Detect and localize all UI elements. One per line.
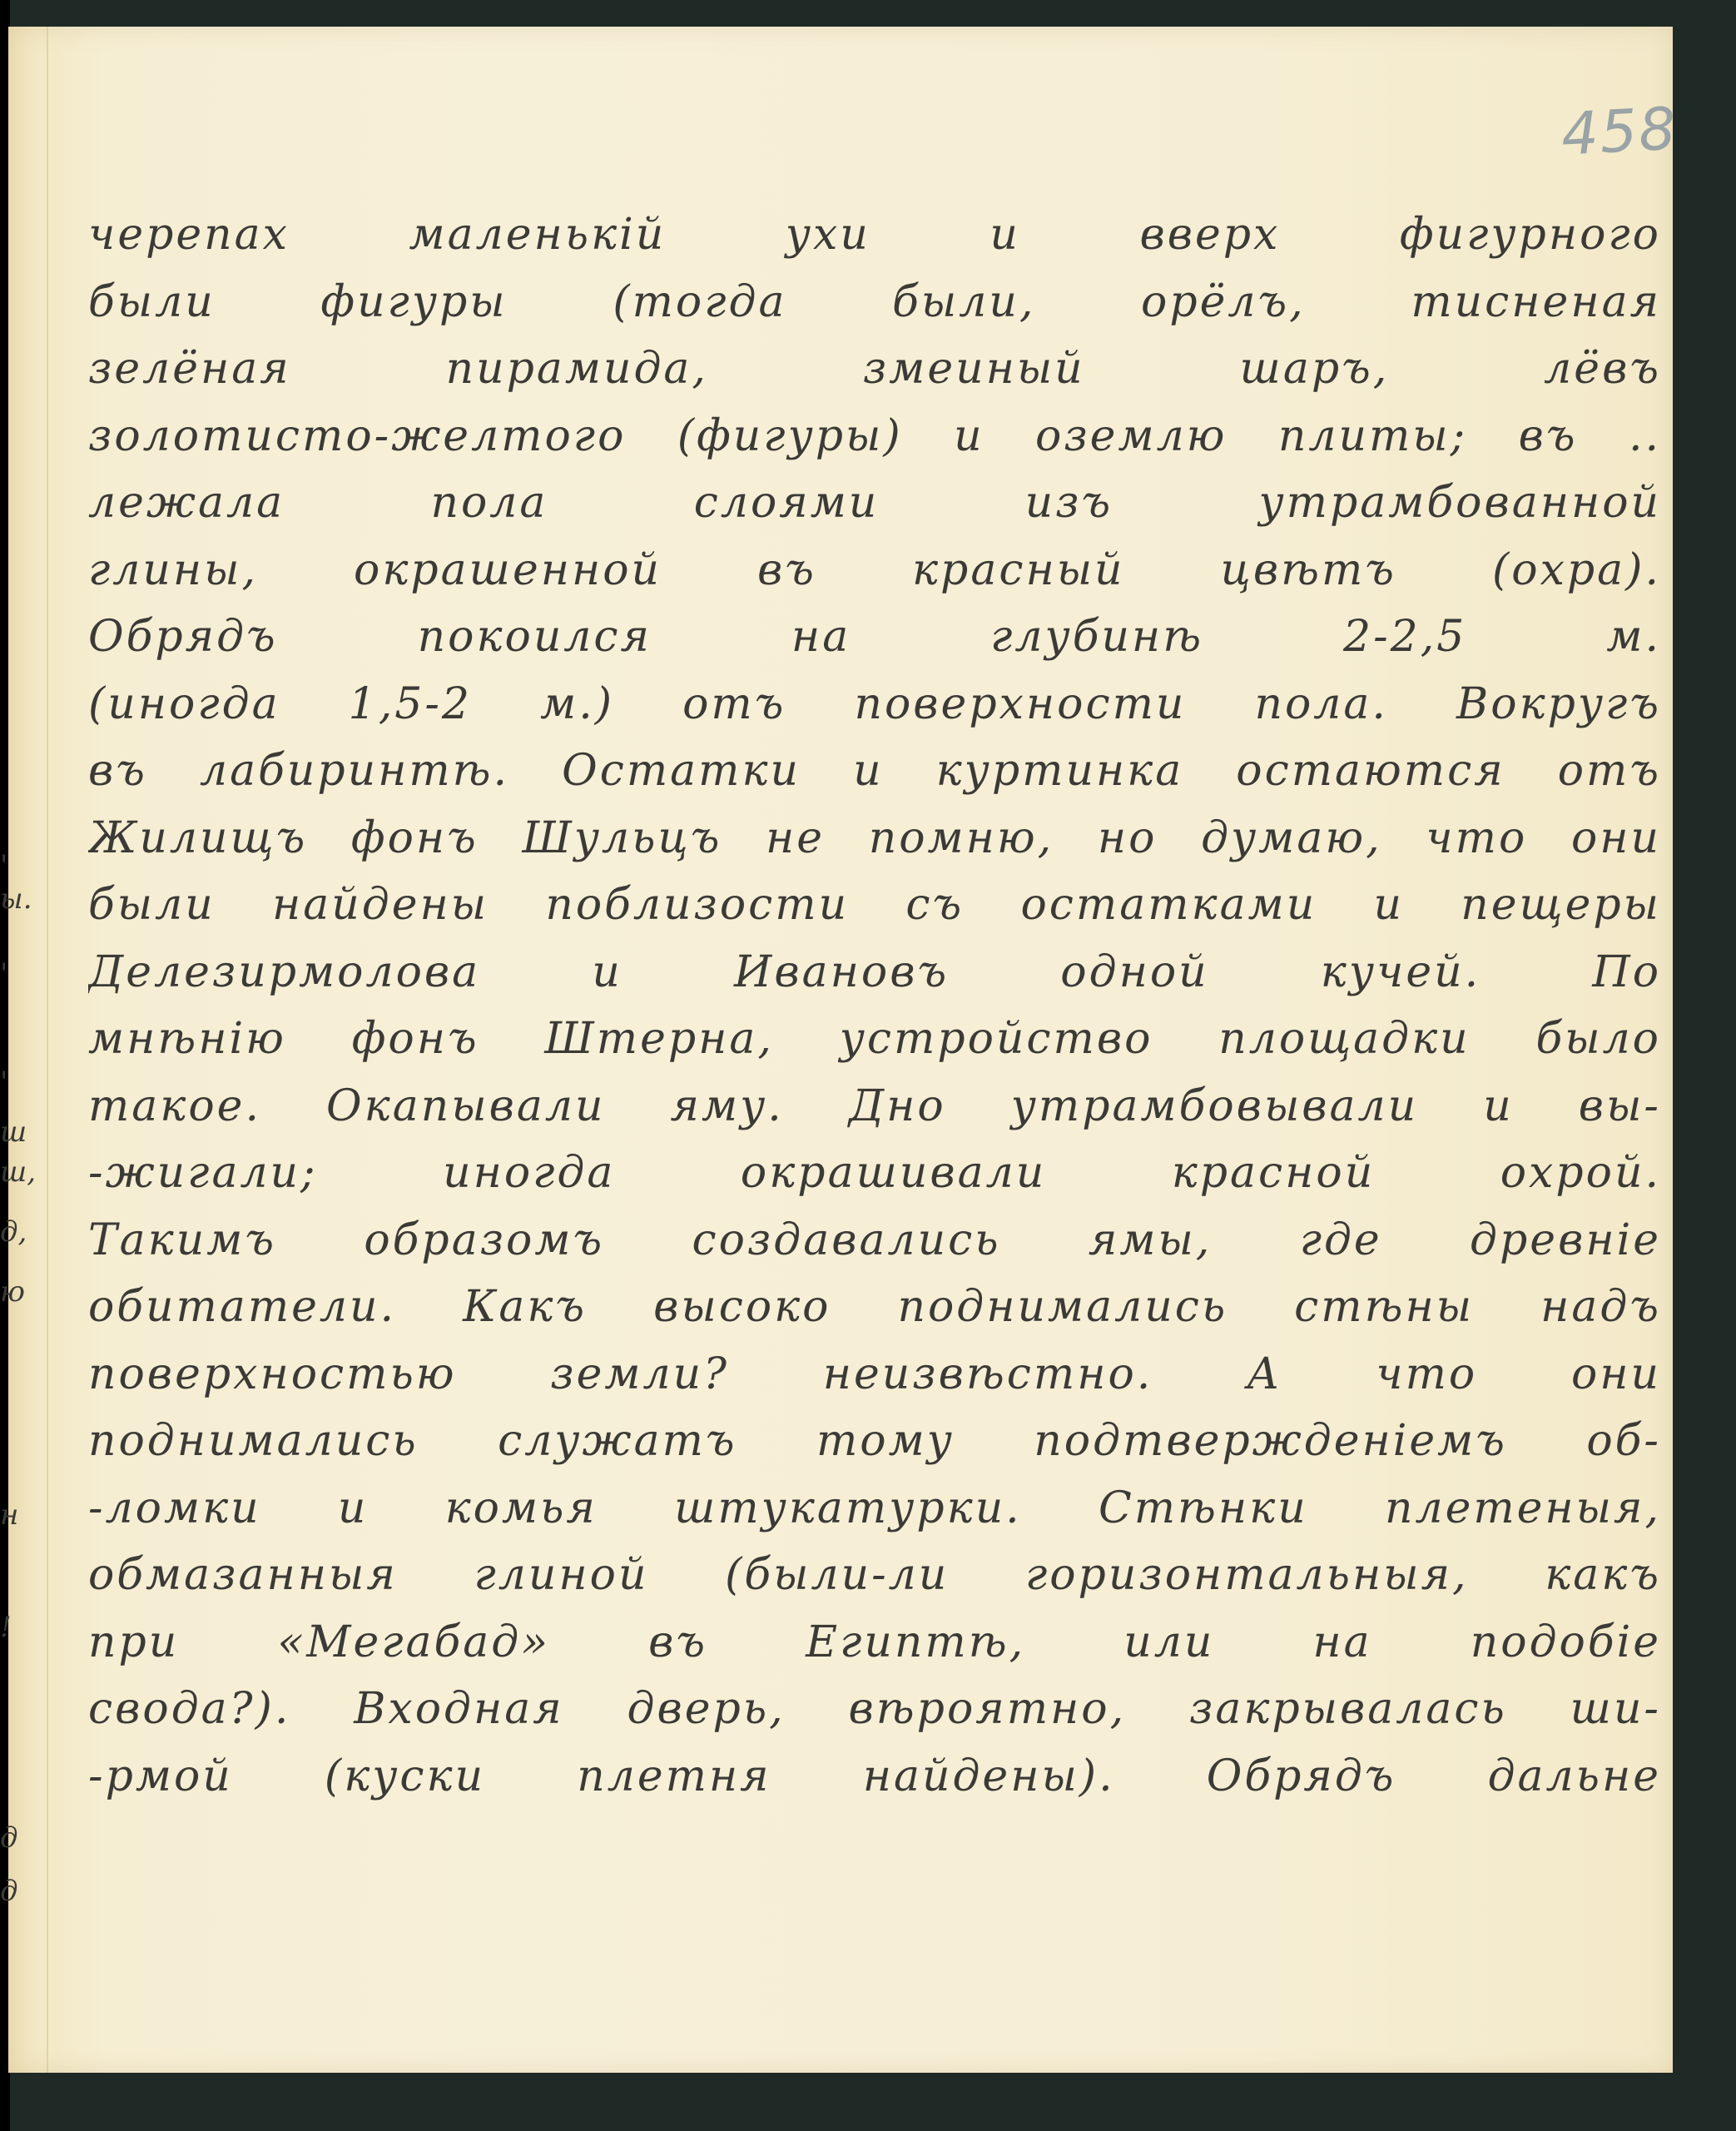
text-line: глины, окрашенной въ красный цвѣтъ (охра… — [88, 537, 1661, 604]
facing-page-fragment: д — [0, 1875, 18, 1908]
manuscript-page: 458 черепах маленькій ухи и вверх фигурн… — [8, 27, 1673, 2073]
text-line: -жигали; иногда окрашивали красной охрой… — [88, 1140, 1661, 1207]
facing-page-fragment: д, — [0, 1215, 27, 1249]
facing-page-fragment: д — [0, 1821, 18, 1855]
text-line: обитатели. Какъ высоко поднимались стѣны… — [88, 1274, 1661, 1341]
facing-page-fragment: ш — [0, 1115, 27, 1149]
facing-page-fragment: ' — [0, 1065, 7, 1099]
text-line: поднимались служатъ тому подтвержденіемъ… — [88, 1408, 1661, 1475]
facing-page-fragment: ы. — [0, 882, 32, 916]
text-line: Делезирмолова и Ивановъ одной кучей. По — [88, 939, 1661, 1006]
facing-page-fragment: ш, — [0, 1155, 36, 1189]
facing-page-fragment: ' — [0, 957, 7, 991]
text-line: поверхностью земли? неизвѣстно. А что он… — [88, 1341, 1661, 1408]
text-line: свода?). Входная дверь, вѣроятно, закрыв… — [88, 1676, 1661, 1743]
text-line: лежала пола слоями изъ утрамбованной — [88, 469, 1661, 537]
text-line: черепах маленькій ухи и вверх фигурного — [88, 201, 1661, 269]
text-line: Жилищъ фонъ Шульцъ не помню, но думаю, ч… — [88, 805, 1661, 872]
text-line: обмазанныя глиной (были-ли горизонтальны… — [88, 1542, 1661, 1609]
text-line: -рмой (куски плетня найдены). Обрядъ дал… — [88, 1743, 1661, 1811]
text-line: въ лабиринтѣ. Остатки и куртинка остаютс… — [88, 738, 1661, 805]
facing-page-fragment: н — [0, 1498, 18, 1532]
text-line: при «Мегабад» въ Египтѣ, или на подобіе — [88, 1609, 1661, 1676]
text-line: Обрядъ покоился на глубинѣ 2-2,5 м. — [88, 604, 1661, 671]
text-line: золотисто-желтого (фигуры) и оземлю плит… — [88, 403, 1661, 470]
folio-number: 458 — [1560, 94, 1679, 168]
text-line: такое. Окапывали яму. Дно утрамбовывали … — [88, 1073, 1661, 1140]
text-line: Такимъ образомъ создавались ямы, где дре… — [88, 1207, 1661, 1274]
facing-page-fragment: ю — [0, 1275, 25, 1309]
text-line: мнѣнію фонъ Штерна, устройство площадки … — [88, 1006, 1661, 1073]
text-line: были найдены поблизости съ остатками и п… — [88, 872, 1661, 939]
facing-page-fragment: ' — [0, 849, 7, 882]
text-line: -ломки и комья штукатурки. Стѣнки плетен… — [88, 1475, 1661, 1542]
text-line: (иногда 1,5-2 м.) отъ поверхности пола. … — [88, 671, 1661, 738]
facing-page-fragment: ! — [0, 1611, 12, 1644]
handwritten-text-block: черепах маленькій ухи и вверх фигурного … — [88, 201, 1661, 1810]
text-line: были фигуры (тогда были, орёлъ, тисненая — [88, 269, 1661, 336]
text-line: зелёная пирамида, змеиный шаръ, лёвъ — [88, 335, 1661, 403]
